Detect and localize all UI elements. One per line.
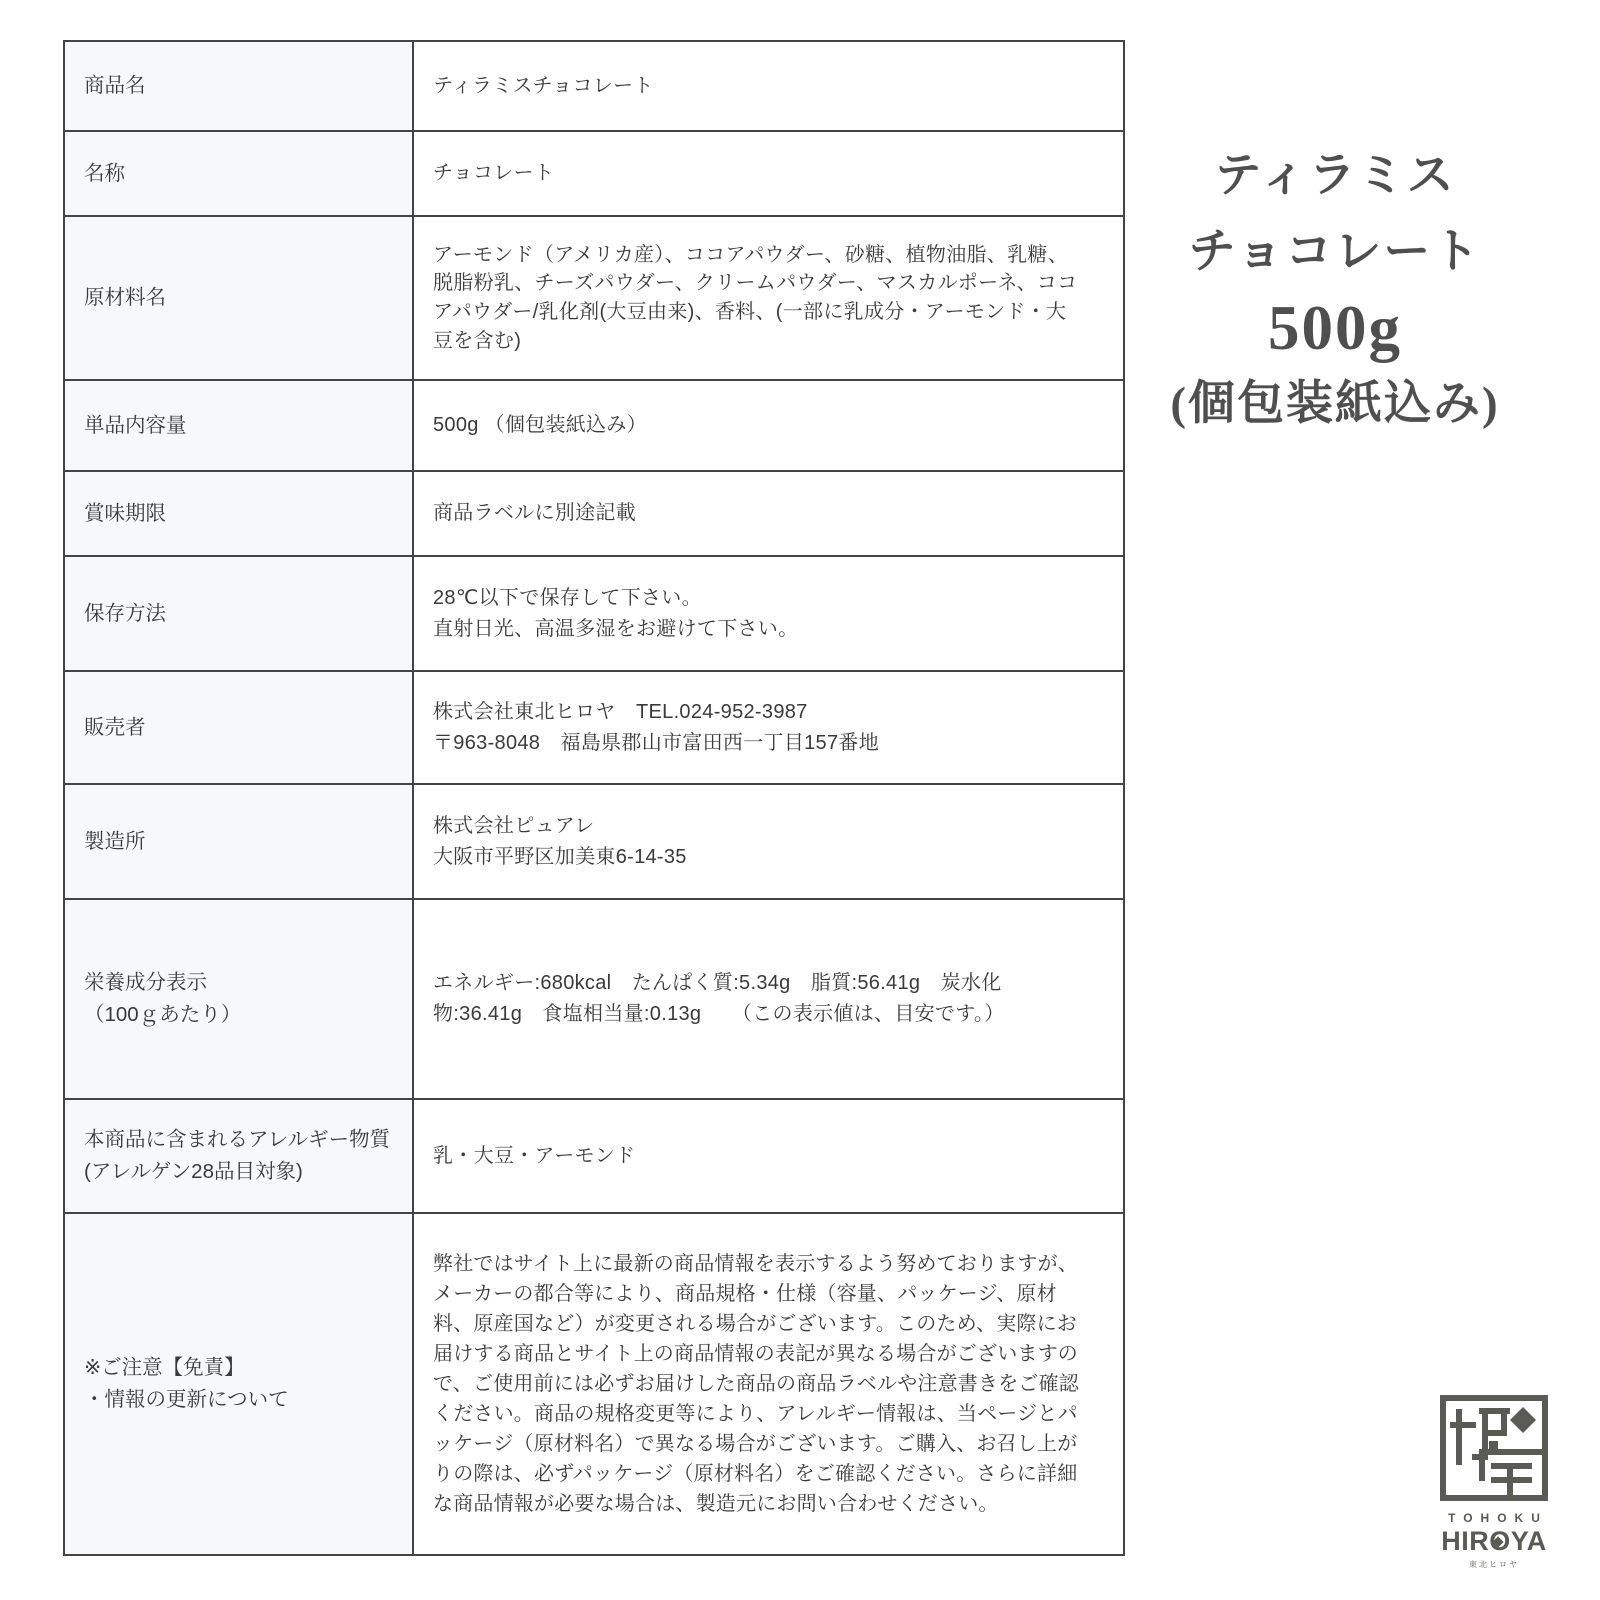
table-row-seller: 販売者 株式会社東北ヒロヤ TEL.024-952-3987 〒963-8048… <box>65 672 1123 785</box>
row-label: 販売者 <box>65 672 414 783</box>
row-value: 弊社ではサイト上に最新の商品情報を表示するよう努めておりますが、メーカーの都合等… <box>414 1214 1123 1554</box>
row-value: アーモンド（アメリカ産）、ココアパウダー、砂糖、植物油脂、乳糖、脱脂粉乳、チーズ… <box>414 217 1123 379</box>
row-label: 栄養成分表示 （100ｇあたり） <box>65 900 414 1098</box>
row-label: 製造所 <box>65 785 414 898</box>
row-label: 名称 <box>65 132 414 215</box>
row-value: 株式会社ピュアレ 大阪市平野区加美東6-14-35 <box>414 785 1123 898</box>
row-label: 単品内容量 <box>65 381 414 470</box>
row-value: 500g （個包装紙込み） <box>414 381 1123 470</box>
product-title: ティラミス チョコレート 500g (個包装紙込み) <box>1135 138 1535 442</box>
table-row-manufacturer: 製造所 株式会社ピュアレ 大阪市平野区加美東6-14-35 <box>65 785 1123 900</box>
title-line-weight: 500g <box>1135 290 1535 366</box>
logo-hiroya-wordmark: HIROYA <box>1434 1526 1554 1557</box>
title-line: チョコレート <box>1135 214 1535 290</box>
row-value: エネルギー:680kcal たんぱく質:5.34g 脂質:56.41g 炭水化物… <box>414 900 1123 1098</box>
row-label: ※ご注意【免責】 ・情報の更新について <box>65 1214 414 1554</box>
row-value: ティラミスチョコレート <box>414 42 1123 130</box>
row-label: 原材料名 <box>65 217 414 379</box>
row-label: 賞味期限 <box>65 472 414 555</box>
title-line: ティラミス <box>1135 138 1535 214</box>
row-value: 商品ラベルに別途記載 <box>414 472 1123 555</box>
row-label: 本商品に含まれるアレルギー物質 (アレルゲン28品目対象) <box>65 1100 414 1212</box>
row-label: 商品名 <box>65 42 414 130</box>
row-value: 株式会社東北ヒロヤ TEL.024-952-3987 〒963-8048 福島県… <box>414 672 1123 783</box>
product-spec-table: 商品名 ティラミスチョコレート 名称 チョコレート 原材料名 アーモンド（アメリ… <box>63 40 1125 1556</box>
hiroya-logo: TOHOKU HIROYA 東北ヒロヤ <box>1434 1394 1554 1570</box>
table-row-category: 名称 チョコレート <box>65 132 1123 217</box>
table-row-net-content: 単品内容量 500g （個包装紙込み） <box>65 381 1123 472</box>
table-row-ingredients: 原材料名 アーモンド（アメリカ産）、ココアパウダー、砂糖、植物油脂、乳糖、脱脂粉… <box>65 217 1123 381</box>
logo-tohoku-text: TOHOKU <box>1434 1511 1562 1525</box>
title-line: (個包装紙込み) <box>1135 366 1535 442</box>
table-row-disclaimer: ※ご注意【免責】 ・情報の更新について 弊社ではサイト上に最新の商品情報を表示す… <box>65 1214 1123 1554</box>
table-row-best-before: 賞味期限 商品ラベルに別途記載 <box>65 472 1123 557</box>
table-row-allergens: 本商品に含まれるアレルギー物質 (アレルゲン28品目対象) 乳・大豆・アーモンド <box>65 1100 1123 1214</box>
logo-japanese-subtext: 東北ヒロヤ <box>1434 1559 1554 1570</box>
table-row-storage: 保存方法 28℃以下で保存して下さい。 直射日光、高温多湿をお避けて下さい。 <box>65 557 1123 672</box>
hiroya-seal-icon <box>1439 1394 1549 1502</box>
row-label: 保存方法 <box>65 557 414 670</box>
table-row-nutrition: 栄養成分表示 （100ｇあたり） エネルギー:680kcal たんぱく質:5.3… <box>65 900 1123 1100</box>
table-row-product-name: 商品名 ティラミスチョコレート <box>65 42 1123 132</box>
row-value: 乳・大豆・アーモンド <box>414 1100 1123 1212</box>
row-value: 28℃以下で保存して下さい。 直射日光、高温多湿をお避けて下さい。 <box>414 557 1123 670</box>
row-value: チョコレート <box>414 132 1123 215</box>
